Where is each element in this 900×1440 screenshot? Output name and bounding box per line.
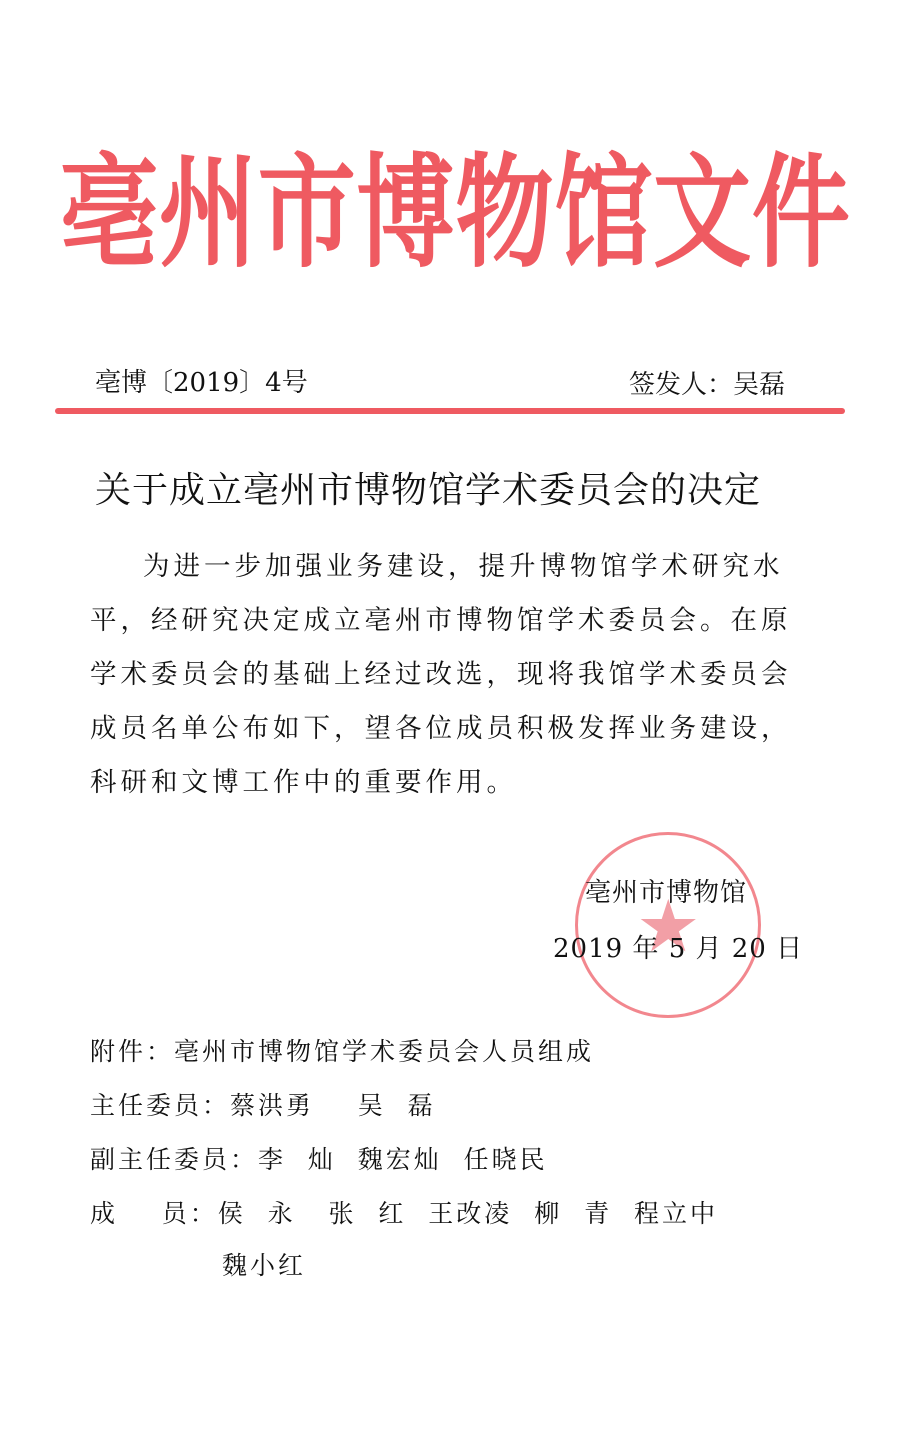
official-seal-icon: ★ xyxy=(575,832,761,1018)
masthead-char: 件 xyxy=(752,115,850,291)
masthead-char: 州 xyxy=(159,115,257,291)
red-divider xyxy=(55,408,845,414)
document-title: 关于成立亳州市博物馆学术委员会的决定 xyxy=(95,462,761,513)
masthead-title: 亳 州 市 博 物 馆 文 件 xyxy=(60,138,850,268)
masthead-char: 市 xyxy=(258,115,356,291)
deputy-director-list: 副主任委员：李 灿 魏宏灿 任晓民 xyxy=(90,1140,548,1176)
member-list: 成 员：侯 永 张 红 王改凌 柳 青 程立中 xyxy=(90,1194,718,1230)
attachment-heading: 附件：亳州市博物馆学术委员会人员组成 xyxy=(90,1032,594,1068)
masthead-char: 文 xyxy=(653,115,751,291)
masthead-char: 博 xyxy=(357,115,455,291)
director-list: 主任委员：蔡洪勇 吴 磊 xyxy=(90,1086,436,1122)
masthead-char: 馆 xyxy=(554,115,652,291)
masthead-char: 亳 xyxy=(60,115,158,291)
signer: 签发人：吴磊 xyxy=(629,364,785,401)
issuing-organization: 亳州市博物馆 xyxy=(585,872,747,909)
document-body: 为进一步加强业务建设，提升博物馆学术研究水平，经研究决定成立亳州市博物馆学术委员… xyxy=(90,540,810,810)
member-list-continued: 魏小红 xyxy=(222,1246,306,1282)
document-number: 亳博〔2019〕4号 xyxy=(95,362,308,399)
masthead-char: 物 xyxy=(455,115,553,291)
issue-date: 2019 年 5 月 20 日 xyxy=(553,928,803,965)
